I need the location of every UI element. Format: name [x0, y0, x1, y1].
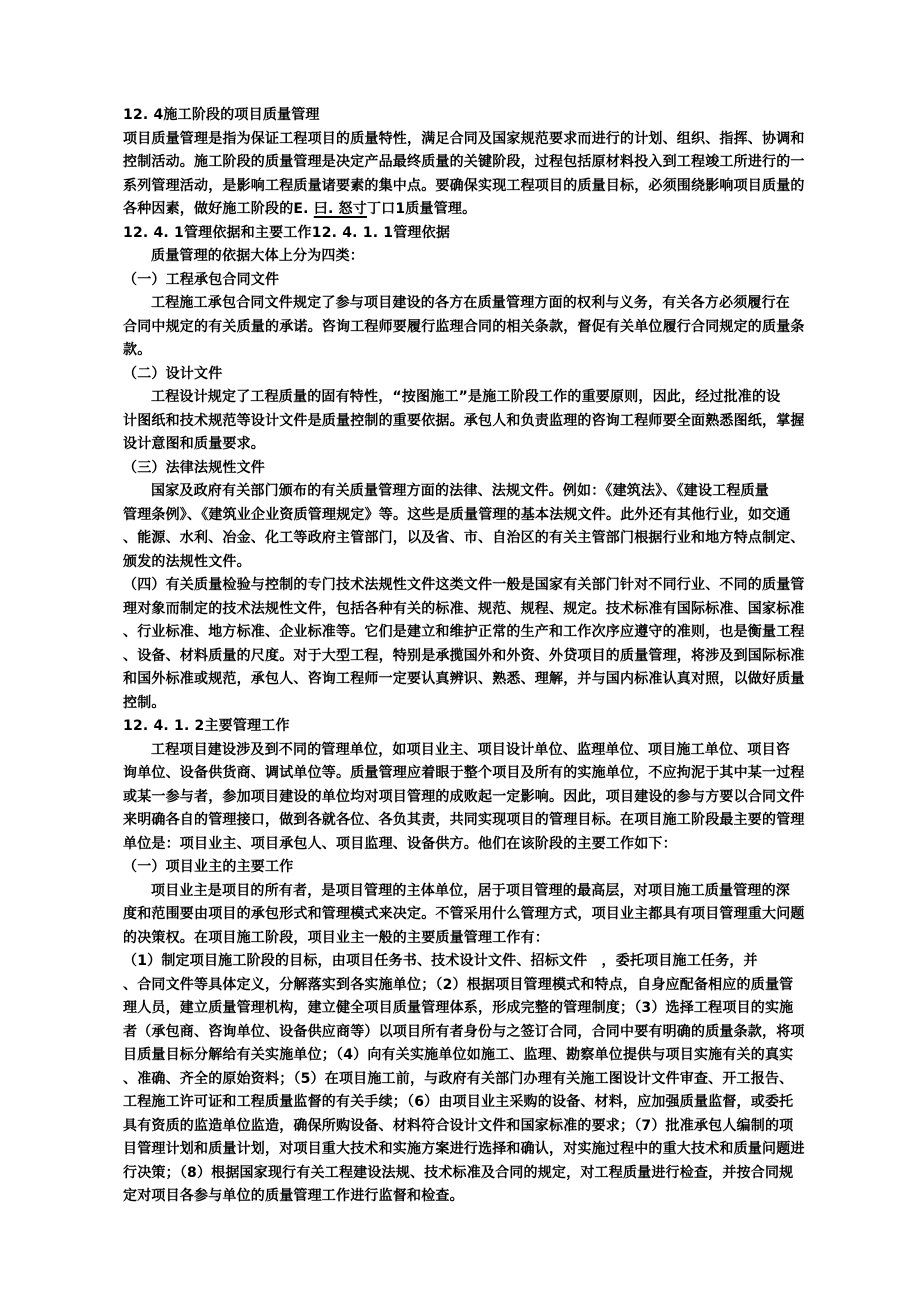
section-heading: 12. 4施工阶段的项目质量管理	[123, 104, 837, 128]
text-segment: 丁口1质量管理。	[367, 201, 476, 217]
paragraph: （1）制定项目施工阶段的目标，由项目任务书、技术设计文件、招标文件 ，委托项目施…	[123, 950, 837, 1209]
document-page: 12. 4施工阶段的项目质量管理项目质量管理是指为保证工程项目的质量特性，满足合…	[0, 0, 920, 1303]
paragraph: 国家及政府有关部门颁布的有关质量管理方面的法律、法规文件。例如：《建筑法》、《建…	[123, 480, 837, 574]
paragraph: （三）法律法规性文件	[123, 457, 837, 481]
underlined-text: 曰. 怒寸	[314, 201, 367, 217]
paragraph: 工程项目建设涉及到不同的管理单位，如项目业主、项目设计单位、监理单位、项目施工单…	[123, 739, 837, 857]
paragraph: （一）项目业主的主要工作	[123, 856, 837, 880]
paragraph: 工程设计规定了工程质量的固有特性，“按图施工”是施工阶段工作的重要原则，因此，经…	[123, 386, 837, 457]
paragraph: （四）有关质量检验与控制的专门技术法规性文件这类文件一般是国家有关部门针对不同行…	[123, 574, 837, 715]
paragraph: （一）工程承包合同文件	[123, 269, 837, 293]
paragraph: 工程施工承包合同文件规定了参与项目建设的各方在质量管理方面的权利与义务，有关各方…	[123, 292, 837, 363]
paragraph: 项目业主是项目的所有者，是项目管理的主体单位，居于项目管理的最高层，对项目施工质…	[123, 880, 837, 951]
section-heading: 12. 4. 1. 2主要管理工作	[123, 715, 837, 739]
document-body: 12. 4施工阶段的项目质量管理项目质量管理是指为保证工程项目的质量特性，满足合…	[123, 104, 837, 1209]
paragraph: （二）设计文件	[123, 363, 837, 387]
paragraph: 项目质量管理是指为保证工程项目的质量特性，满足合同及国家规范要求而进行的计划、组…	[123, 128, 837, 222]
section-heading: 12. 4. 1管理依据和主要工作12. 4. 1. 1管理依据	[123, 222, 837, 246]
paragraph: 质量管理的依据大体上分为四类：	[123, 245, 837, 269]
